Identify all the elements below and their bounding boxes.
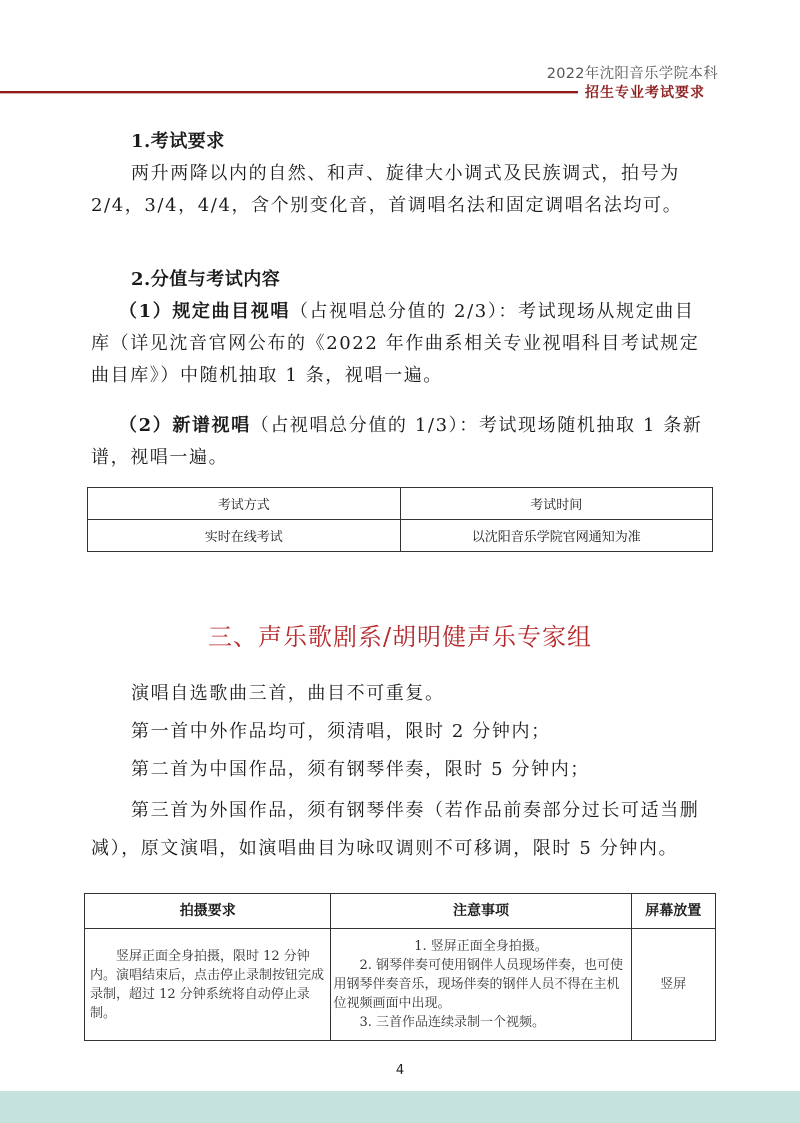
cell-exam-mode: 实时在线考试 [88,520,401,552]
cell-exam-time: 以沈阳音乐学院官网通知为准 [400,520,713,552]
table-row: 竖屏正面全身拍摄，限时 12 分钟内。演唱结束后，点击停止录制按钮完成录制，超过… [85,929,716,1041]
filming-requirements-table: 拍摄要求 注意事项 屏幕放置 竖屏正面全身拍摄，限时 12 分钟内。演唱结束后，… [84,893,716,1041]
header-exam-mode: 考试方式 [88,488,401,520]
header-screen: 屏幕放置 [631,894,716,929]
header-exam-time: 考试时间 [400,488,713,520]
exam-requirements-heading: 1.考试要求 [131,126,225,158]
note-3: 3. 三首作品连续录制一个视频。 [333,1013,628,1032]
vocal-paragraph-3: 第二首为中国作品，须有钢琴伴奏，限时 5 分钟内； [91,754,711,786]
vocal-paragraph-4: 第三首为外国作品，须有钢琴伴奏（若作品前奏部分过长可适当删减），原文演唱，如演唱… [91,792,711,868]
exam-mode-table: 考试方式 考试时间 实时在线考试 以沈阳音乐学院官网通知为准 [87,487,713,552]
header-subtitle: 招生专业考试要求 [585,82,725,102]
table-header-row: 拍摄要求 注意事项 屏幕放置 [85,894,716,929]
score-content-heading: 2.分值与考试内容 [131,264,280,296]
header-filming: 拍摄要求 [85,894,331,929]
item1-paragraph: （1）规定曲目视唱（占视唱总分值的 2/3）：考试现场从规定曲目库（详见沈音官网… [91,296,711,392]
header-rule [0,91,578,94]
footer-band [0,1091,800,1123]
item2-paragraph: （2）新谱视唱（占视唱总分值的 1/3）：考试现场随机抽取 1 条新谱，视唱一遍… [91,410,711,474]
note-1: 1. 竖屏正面全身拍摄。 [333,937,628,956]
cell-filming: 竖屏正面全身拍摄，限时 12 分钟内。演唱结束后，点击停止录制按钮完成录制，超过… [85,929,331,1041]
vocal-paragraph-2: 第一首中外作品均可，须清唱，限时 2 分钟内； [91,716,711,748]
table-header-row: 考试方式 考试时间 [88,488,713,520]
item1-label: （1）规定曲目视唱 [119,301,290,322]
note-2: 2. 钢琴伴奏可使用钢伴人员现场伴奏，也可使用钢琴伴奏音乐，现场伴奏的钢伴人员不… [333,956,628,1013]
page-number: 4 [0,1063,800,1078]
cell-notes: 1. 竖屏正面全身拍摄。 2. 钢琴伴奏可使用钢伴人员现场伴奏，也可使用钢琴伴奏… [331,929,631,1041]
vocal-paragraph-1: 演唱自选歌曲三首，曲目不可重复。 [91,678,711,710]
section-title-vocal: 三、声乐歌剧系/胡明健声乐专家组 [0,617,800,652]
cell-screen: 竖屏 [631,929,716,1041]
item2-label: （2）新谱视唱 [119,415,251,436]
table-row: 实时在线考试 以沈阳音乐学院官网通知为准 [88,520,713,552]
header-title: 2022年沈阳音乐学院本科 [480,62,718,83]
exam-requirements-text: 两升两降以内的自然、和声、旋律大小调式及民族调式，拍号为 2/4，3/4，4/4… [91,158,711,222]
filming-text: 竖屏正面全身拍摄，限时 12 分钟内。演唱结束后，点击停止录制按钮完成录制，超过… [87,947,328,1023]
header-notes: 注意事项 [331,894,631,929]
